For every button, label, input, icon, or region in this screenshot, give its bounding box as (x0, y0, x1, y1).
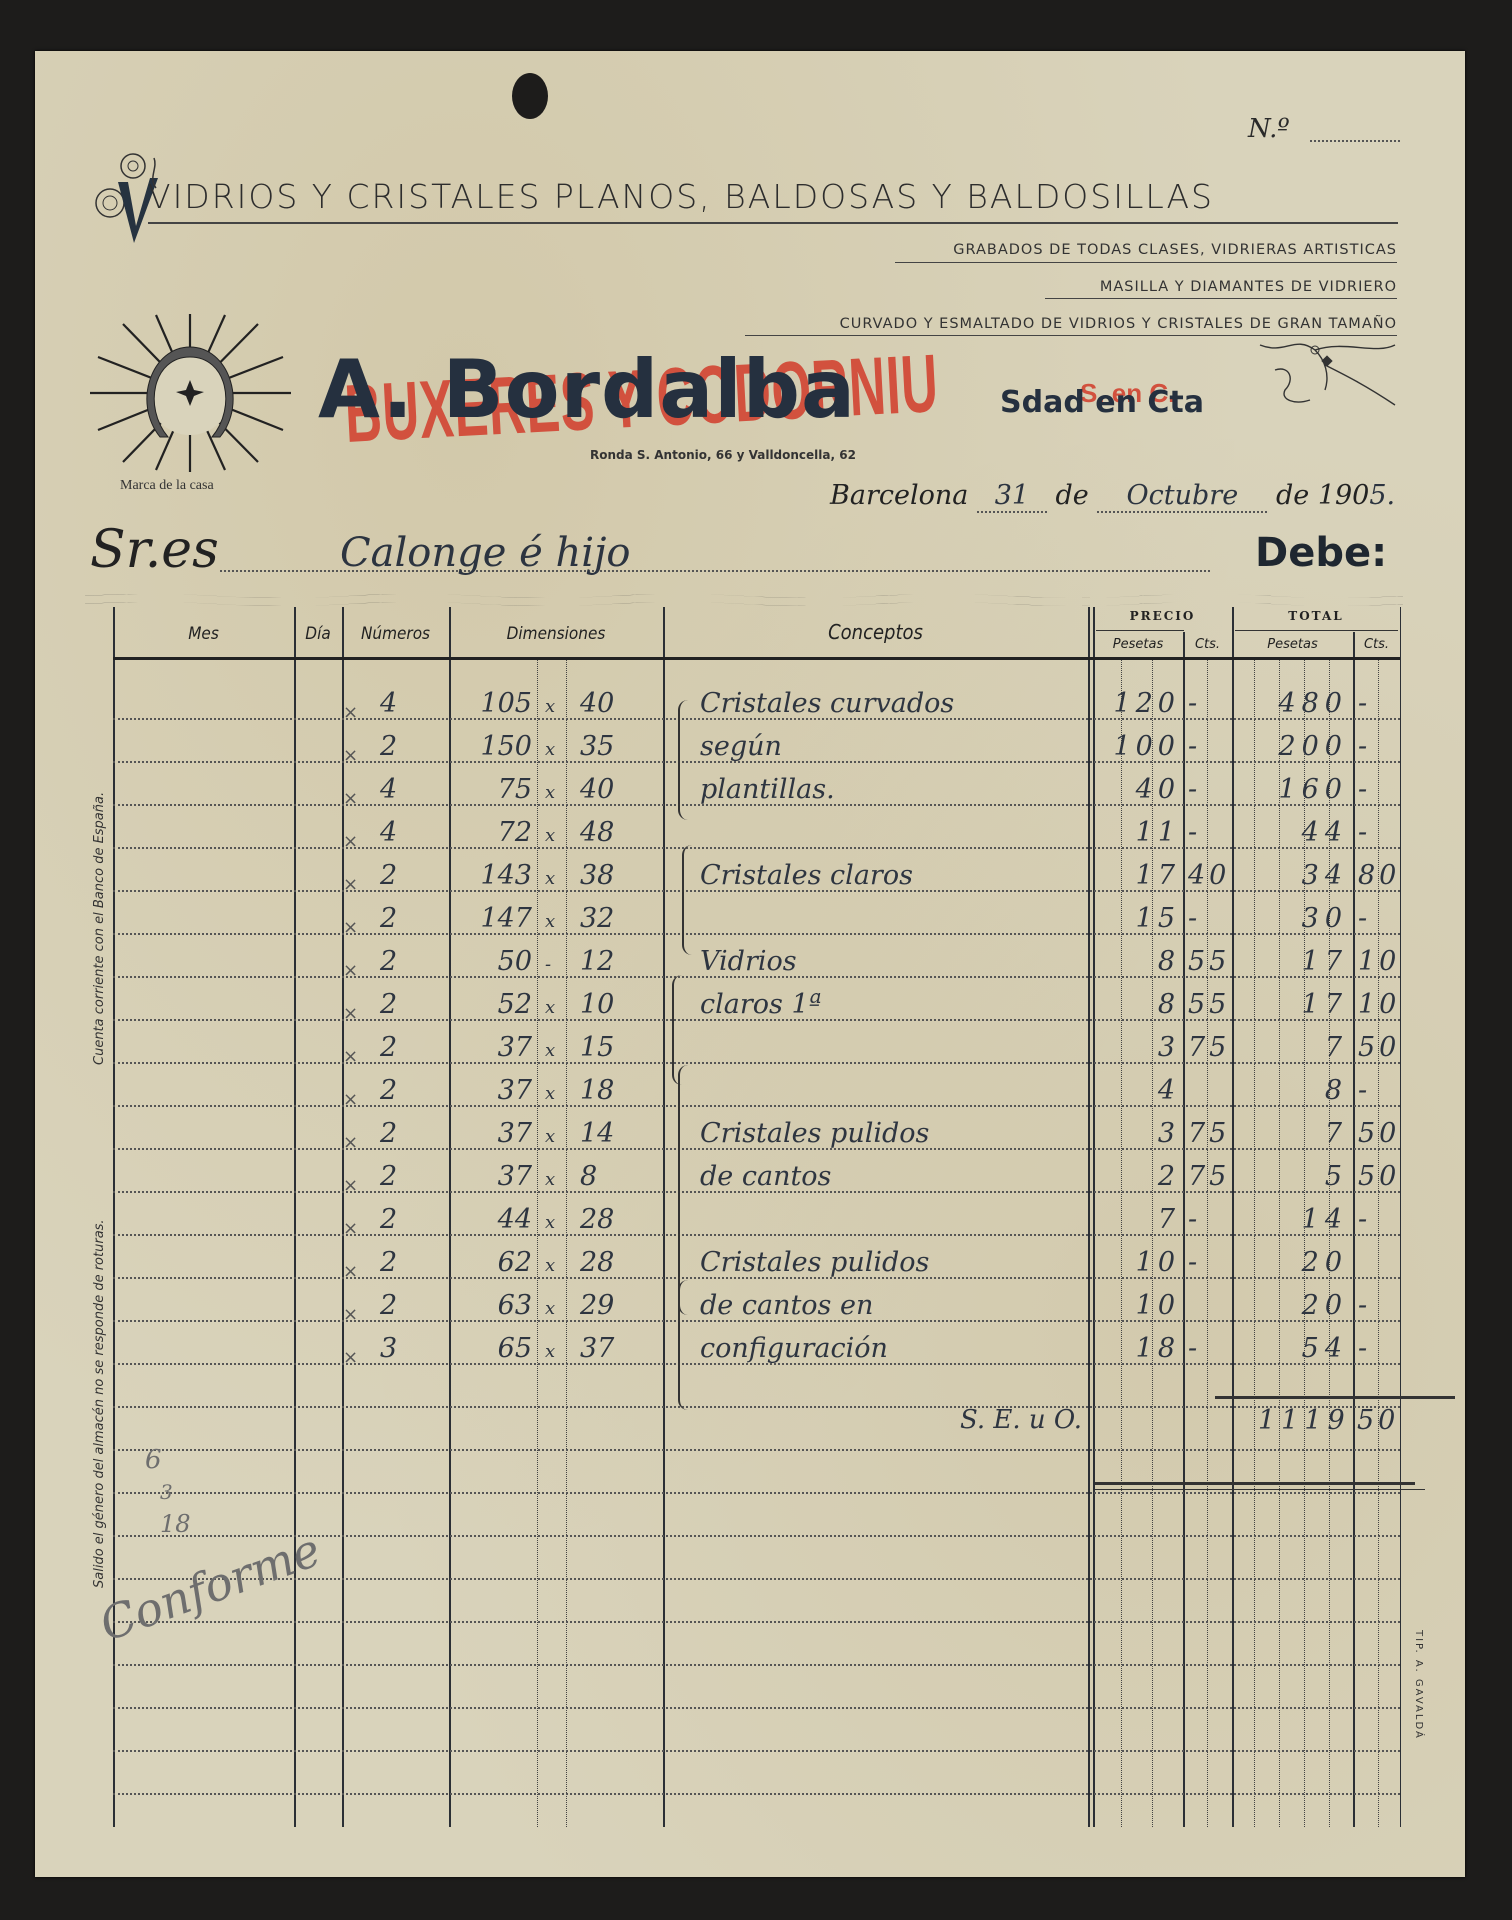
header-total: TOTAL (1232, 609, 1400, 623)
checkmark-x-icon: × (343, 745, 358, 766)
row-price-cts: 55 (1188, 989, 1230, 1020)
row-price-cts: 40 (1188, 860, 1230, 891)
grand-total-cts: 50 (1357, 1405, 1399, 1436)
row-quantity: 2 (380, 1204, 397, 1235)
row-concept: Cristales curvados (700, 688, 954, 719)
row-quantity: 2 (380, 989, 397, 1020)
row-concept: según (700, 731, 782, 762)
row-total-pesetas: 200 (1236, 731, 1348, 762)
row-dimension-separator: x (545, 1169, 555, 1190)
row-total-pesetas: 17 (1236, 946, 1348, 977)
header-precio: PRECIO (1093, 609, 1232, 623)
number-label: N.º (1248, 114, 1290, 144)
checkmark-x-icon: × (343, 1003, 358, 1024)
row-price-pesetas: 100 (1095, 731, 1180, 762)
row-price-cts: - (1188, 688, 1201, 719)
row-dimension-a: 62 (470, 1247, 532, 1278)
row-price-pesetas: 10 (1095, 1290, 1180, 1321)
stamped-company-suffix: Sdad en Cta (1000, 385, 1204, 420)
header-precio-pesetas: Pesetas (1093, 637, 1183, 652)
grand-total-pesetas: 1119 (1258, 1405, 1348, 1436)
header-conceptos: Conceptos (663, 620, 1088, 644)
row-total-cts: 10 (1358, 989, 1400, 1020)
brace-pulidos-configuracion (678, 1280, 690, 1410)
row-dimension-separator: x (545, 782, 555, 803)
row-quantity: 3 (380, 1333, 397, 1364)
row-rule (113, 1793, 1400, 1795)
row-price-cts: 75 (1188, 1032, 1230, 1063)
checkmark-x-icon: × (343, 1347, 358, 1368)
printer-credit: TIP. A. GAVALDÁ (1413, 1630, 1424, 1740)
row-rule (113, 933, 1400, 935)
row-concept: de cantos en (700, 1290, 873, 1321)
row-quantity: 4 (380, 688, 397, 719)
row-total-pesetas: 54 (1236, 1333, 1348, 1364)
row-quantity: 2 (380, 860, 397, 891)
precio-cts-divider (1207, 660, 1208, 1827)
breakage-disclaimer: Salido el género del almacén no se respo… (92, 1219, 107, 1588)
header-numeros: Números (342, 624, 449, 644)
col-border-total-cts (1353, 632, 1355, 1827)
dim-divider-1 (537, 660, 538, 1827)
checkmark-x-icon: × (343, 788, 358, 809)
row-rule (113, 1750, 1400, 1752)
row-total-pesetas: 160 (1236, 774, 1348, 805)
number-field (1310, 140, 1400, 142)
row-dimension-separator: x (545, 1126, 555, 1147)
row-total-cts: - (1358, 774, 1371, 805)
row-concept: plantillas. (700, 774, 835, 805)
checkmark-x-icon: × (343, 1261, 358, 1282)
col-border-conceptos-precio-a (1088, 607, 1090, 1827)
row-total-pesetas: 7 (1236, 1032, 1348, 1063)
row-dimension-separator: x (545, 1083, 555, 1104)
row-price-pesetas: 3 (1095, 1118, 1180, 1149)
row-dimension-separator: x (545, 997, 555, 1018)
checkmark-x-icon: × (343, 1046, 358, 1067)
row-total-pesetas: 30 (1236, 903, 1348, 934)
row-rule (113, 1105, 1400, 1107)
row-total-cts: 50 (1358, 1032, 1400, 1063)
row-rule (113, 1234, 1400, 1236)
precio-underline (1096, 630, 1184, 631)
row-dimension-a: 37 (470, 1118, 532, 1149)
customer-name: Calonge é hijo (340, 530, 631, 576)
row-price-cts: - (1188, 774, 1201, 805)
row-dimension-separator: x (545, 1255, 555, 1276)
row-dimension-a: 37 (470, 1075, 532, 1106)
row-total-pesetas: 480 (1236, 688, 1348, 719)
bank-account-note: Cuenta corriente con el Banco de España. (92, 792, 107, 1065)
brace-claros (682, 845, 694, 955)
row-quantity: 4 (380, 774, 397, 805)
row-dimension-b: 28 (580, 1204, 614, 1235)
sunburst-horseshoe-trademark-icon (88, 312, 293, 474)
row-dimension-a: 65 (470, 1333, 532, 1364)
wavy-rule-bottom (85, 600, 1403, 608)
trademark-caption: Marca de la casa (120, 478, 214, 494)
row-total-cts: - (1358, 903, 1371, 934)
checkmark-x-icon: × (343, 1089, 358, 1110)
row-dimension-b: 37 (580, 1333, 614, 1364)
row-total-pesetas: 44 (1236, 817, 1348, 848)
row-price-pesetas: 18 (1095, 1333, 1180, 1364)
row-total-cts: 50 (1358, 1161, 1400, 1192)
pencil-fraction-bottom: 18 (160, 1510, 191, 1538)
grand-total-rule-2 (1095, 1489, 1425, 1490)
row-quantity: 2 (380, 1032, 397, 1063)
checkmark-x-icon: × (343, 1132, 358, 1153)
col-border-right (1400, 607, 1401, 1827)
row-dimension-separator: x (545, 696, 555, 717)
year-prefix: de 190 (1276, 480, 1369, 511)
row-total-pesetas: 20 (1236, 1247, 1348, 1278)
row-price-pesetas: 7 (1095, 1204, 1180, 1235)
row-quantity: 2 (380, 1161, 397, 1192)
subtotal-rule (1215, 1396, 1455, 1399)
row-price-cts: 55 (1188, 946, 1230, 977)
row-total-pesetas: 17 (1236, 989, 1348, 1020)
header-total-pesetas: Pesetas (1232, 637, 1353, 652)
row-price-pesetas: 3 (1095, 1032, 1180, 1063)
row-dimension-separator: x (545, 1040, 555, 1061)
row-rule (113, 1621, 1400, 1623)
col-border-precio-cts (1183, 632, 1185, 1827)
row-quantity: 2 (380, 1118, 397, 1149)
row-concept: Cristales claros (700, 860, 913, 891)
row-dimension-a: 37 (470, 1161, 532, 1192)
row-dimension-separator: x (545, 1298, 555, 1319)
row-total-cts: - (1358, 1204, 1371, 1235)
row-price-pesetas: 8 (1095, 989, 1180, 1020)
row-dimension-a: 44 (470, 1204, 532, 1235)
row-price-pesetas: 17 (1095, 860, 1180, 891)
row-dimension-a: 50 (470, 946, 532, 977)
row-concept: de cantos (700, 1161, 831, 1192)
row-price-pesetas: 8 (1095, 946, 1180, 977)
row-rule (113, 1707, 1400, 1709)
row-dimension-a: 105 (470, 688, 532, 719)
row-concept: claros 1ª (700, 989, 821, 1020)
header-dimensiones: Dimensiones (449, 624, 663, 644)
stamped-company-name: A. Bordalba (318, 343, 856, 436)
row-price-pesetas: 11 (1095, 817, 1180, 848)
year-suffix: 5. (1369, 480, 1395, 511)
decorative-flourish-icon (1255, 335, 1405, 410)
row-dimension-b: 15 (580, 1032, 614, 1063)
service-rule-1 (895, 262, 1397, 263)
row-total-pesetas: 34 (1236, 860, 1348, 891)
pencil-fraction-mid: 3 (160, 1480, 173, 1504)
brace-pulidos (678, 1065, 690, 1315)
row-concept: configuración (700, 1333, 888, 1364)
row-dimension-b: 8 (580, 1161, 597, 1192)
punch-hole (512, 73, 548, 119)
grand-total-rule-1 (1095, 1482, 1415, 1485)
date-line: Barcelona 31 de Octubre de 1905. (830, 480, 1395, 513)
col-border-dimensiones-conceptos (663, 607, 665, 1827)
row-dimension-separator: x (545, 911, 555, 932)
row-price-pesetas: 15 (1095, 903, 1180, 934)
city: Barcelona (830, 480, 968, 511)
checkmark-x-icon: × (343, 960, 358, 981)
row-dimension-a: 147 (470, 903, 532, 934)
row-total-cts: 80 (1358, 860, 1400, 891)
date-de: de (1056, 480, 1089, 511)
row-dimension-separator: x (545, 1212, 555, 1233)
row-dimension-separator: x (545, 739, 555, 760)
row-total-pesetas: 20 (1236, 1290, 1348, 1321)
title-rule (148, 222, 1398, 224)
company-address: Ronda S. Antonio, 66 y Valldoncella, 62 (590, 448, 856, 462)
row-concept: Cristales pulidos (700, 1247, 929, 1278)
row-quantity: 4 (380, 817, 397, 848)
row-price-cts: - (1188, 1247, 1201, 1278)
row-dimension-separator: x (545, 1341, 555, 1362)
header-mes: Mes (113, 624, 294, 644)
row-total-cts: - (1358, 731, 1371, 762)
row-dimension-b: 38 (580, 860, 614, 891)
row-price-cts: - (1188, 817, 1201, 848)
row-dimension-a: 143 (470, 860, 532, 891)
row-dimension-b: 32 (580, 903, 614, 934)
row-total-pesetas: 14 (1236, 1204, 1348, 1235)
row-price-cts: - (1188, 1204, 1201, 1235)
row-total-pesetas: 7 (1236, 1118, 1348, 1149)
row-dimension-b: 28 (580, 1247, 614, 1278)
row-price-pesetas: 40 (1095, 774, 1180, 805)
pencil-fraction-top: 6 (145, 1445, 162, 1475)
col-border-numeros-dimensiones (449, 607, 451, 1827)
row-dimension-b: 40 (580, 688, 614, 719)
row-dimension-b: 12 (580, 946, 614, 977)
row-dimension-b: 48 (580, 817, 614, 848)
service-rule-2 (1045, 298, 1397, 299)
checkmark-x-icon: × (343, 917, 358, 938)
row-price-cts: 75 (1188, 1118, 1230, 1149)
row-dimension-b: 14 (580, 1118, 614, 1149)
service-line-3: CURVADO Y ESMALTADO DE VIDRIOS Y CRISTAL… (840, 316, 1397, 332)
row-dimension-b: 29 (580, 1290, 614, 1321)
row-total-cts: 50 (1358, 1118, 1400, 1149)
row-dimension-b: 40 (580, 774, 614, 805)
row-total-cts: - (1358, 1290, 1371, 1321)
row-rule (113, 847, 1400, 849)
row-quantity: 2 (380, 1075, 397, 1106)
summary-note: S. E. u O. (960, 1405, 1082, 1435)
row-dimension-b: 18 (580, 1075, 614, 1106)
row-dimension-separator: x (545, 825, 555, 846)
row-price-pesetas: 2 (1095, 1161, 1180, 1192)
salutation: Sr.es (90, 520, 219, 580)
row-dimension-a: 63 (470, 1290, 532, 1321)
col-border-mes-dia (294, 607, 296, 1827)
row-dimension-a: 37 (470, 1032, 532, 1063)
row-dimension-b: 35 (580, 731, 614, 762)
service-line-1: GRABADOS DE TODAS CLASES, VIDRIERAS ARTI… (953, 242, 1397, 258)
row-price-pesetas: 120 (1095, 688, 1180, 719)
row-quantity: 2 (380, 731, 397, 762)
wavy-rule-top (85, 592, 1403, 600)
row-price-cts: - (1188, 1333, 1201, 1364)
checkmark-x-icon: × (343, 831, 358, 852)
row-quantity: 2 (380, 903, 397, 934)
row-price-pesetas: 10 (1095, 1247, 1180, 1278)
header-bottom-rule (113, 657, 1400, 660)
total-cts-divider (1378, 660, 1379, 1827)
row-rule (113, 1449, 1400, 1451)
row-rule (113, 1406, 1400, 1408)
row-total-cts: 10 (1358, 946, 1400, 977)
dim-divider-2 (566, 660, 567, 1827)
total-underline (1235, 630, 1398, 631)
row-dimension-separator: - (545, 954, 551, 975)
row-dimension-b: 10 (580, 989, 614, 1020)
row-price-cts: - (1188, 903, 1201, 934)
row-dimension-a: 52 (470, 989, 532, 1020)
row-quantity: 2 (380, 946, 397, 977)
row-dimension-a: 150 (470, 731, 532, 762)
checkmark-x-icon: × (343, 702, 358, 723)
row-total-pesetas: 5 (1236, 1161, 1348, 1192)
row-total-cts: - (1358, 1075, 1371, 1106)
row-price-pesetas: 4 (1095, 1075, 1180, 1106)
row-total-cts: - (1358, 1333, 1371, 1364)
month-field: Octubre (1097, 480, 1267, 513)
checkmark-x-icon: × (343, 1304, 358, 1325)
service-line-2: MASILLA Y DIAMANTES DE VIDRIERO (1100, 279, 1397, 295)
row-total-pesetas: 8 (1236, 1075, 1348, 1106)
row-price-cts: 75 (1188, 1161, 1230, 1192)
row-concept: Cristales pulidos (700, 1118, 929, 1149)
row-dimension-a: 72 (470, 817, 532, 848)
checkmark-x-icon: × (343, 1218, 358, 1239)
checkmark-x-icon: × (343, 874, 358, 895)
row-concept: Vidrios (700, 946, 797, 977)
letterhead-title: VIDRIOS Y CRISTALES PLANOS, BALDOSAS Y B… (148, 177, 1214, 216)
header-dia: Día (294, 624, 342, 644)
col-border-precio-total (1232, 607, 1234, 1827)
day-field: 31 (977, 480, 1047, 513)
row-quantity: 2 (380, 1290, 397, 1321)
row-dimension-a: 75 (470, 774, 532, 805)
row-dimension-separator: x (545, 868, 555, 889)
header-total-cts: Cts. (1353, 637, 1400, 652)
row-total-cts: - (1358, 688, 1371, 719)
row-rule (113, 1664, 1400, 1666)
row-price-cts: - (1188, 731, 1201, 762)
checkmark-x-icon: × (343, 1175, 358, 1196)
row-total-cts: - (1358, 817, 1371, 848)
debe-label: Debe: (1255, 530, 1387, 576)
row-rule (113, 1492, 1400, 1494)
row-quantity: 2 (380, 1247, 397, 1278)
header-precio-cts: Cts. (1183, 637, 1232, 652)
brace-curvados (678, 700, 690, 820)
